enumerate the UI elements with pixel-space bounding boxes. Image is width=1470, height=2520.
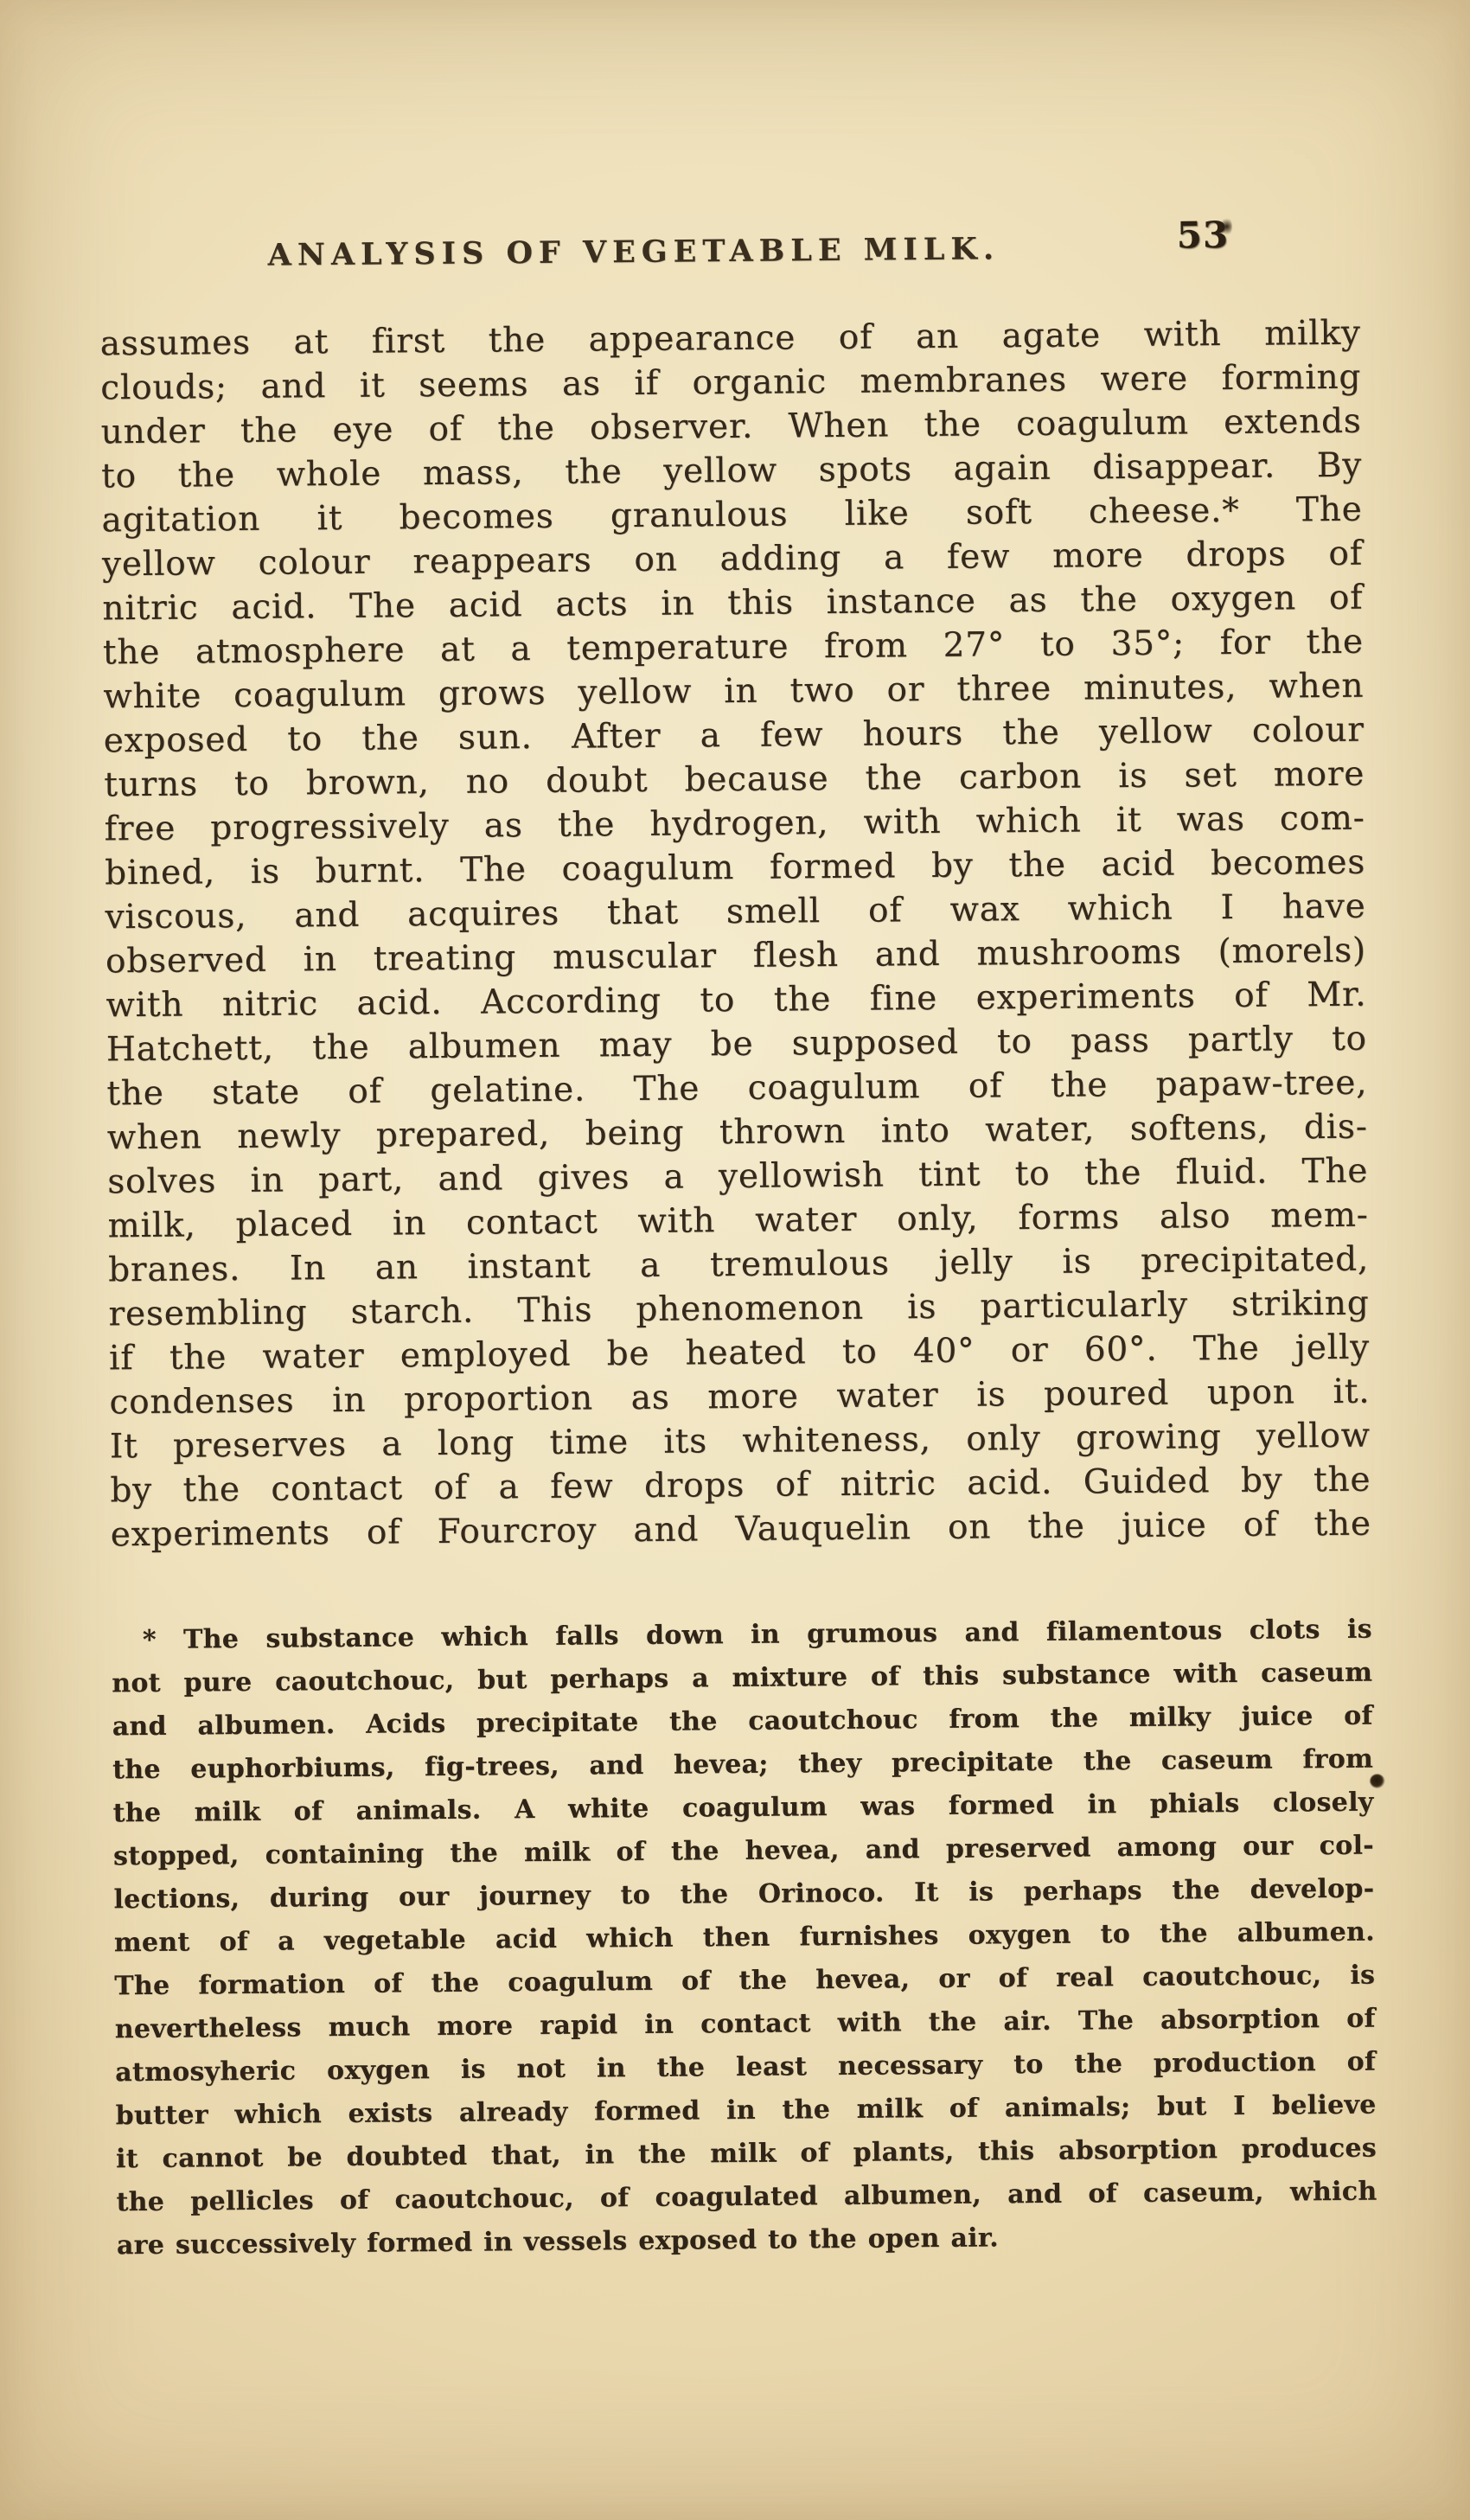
ink-smudge [1222,217,1232,236]
body-paragraph: assumes at first the appearance of an ag… [100,311,1371,1557]
scanned-book-page: ANALYSIS OF VEGETABLE MILK. 53 assumes a… [0,0,1470,2520]
page-content: ANALYSIS OF VEGETABLE MILK. 53 assumes a… [0,0,1470,2520]
running-header: ANALYSIS OF VEGETABLE MILK. 53 [98,213,1361,302]
page-number: 53 [1177,214,1230,257]
page-title: ANALYSIS OF VEGETABLE MILK. [98,230,1170,275]
ink-spot [1370,1774,1384,1788]
footnote: * The substance which falls down in grum… [112,1609,1377,2268]
